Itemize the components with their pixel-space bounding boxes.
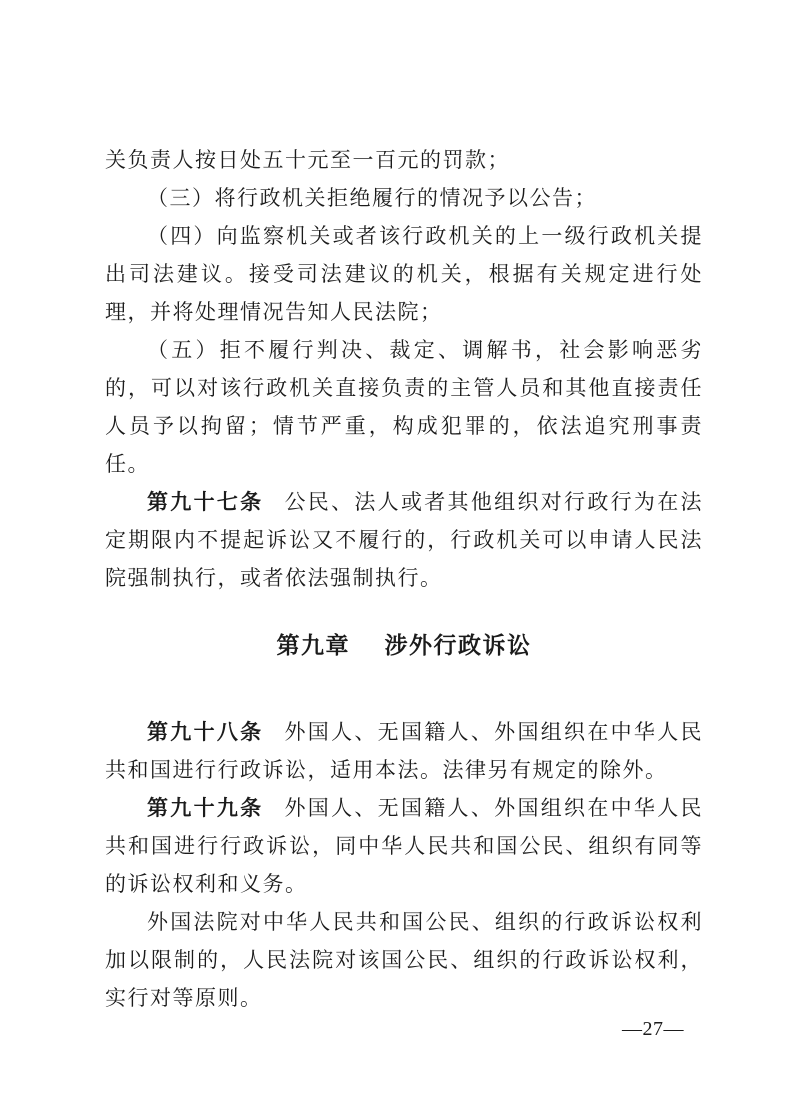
paragraph-item-4: （四）向监察机关或者该行政机关的上一级行政机关提出司法建议。接受司法建议的机关，… xyxy=(105,217,703,331)
article-98-label: 第九十八条 xyxy=(147,720,263,744)
article-99-label: 第九十九条 xyxy=(147,796,263,820)
paragraph-article-98: 第九十八条外国人、无国籍人、外国组织在中华人民共和国进行行政诉讼，适用本法。法律… xyxy=(105,713,703,789)
paragraph-article-99: 第九十九条外国人、无国籍人、外国组织在中华人民共和国进行行政诉讼，同中华人民共和… xyxy=(105,789,703,903)
paragraph-item-3: （三）将行政机关拒绝履行的情况予以公告； xyxy=(105,179,703,217)
chapter-heading: 第九章涉外行政诉讼 xyxy=(105,627,703,665)
document-page: 关负责人按日处五十元至一百元的罚款； （三）将行政机关拒绝履行的情况予以公告； … xyxy=(0,0,790,1118)
paragraph-continuation: 关负责人按日处五十元至一百元的罚款； xyxy=(105,141,703,179)
paragraph-article-99-clause-2: 外国法院对中华人民共和国公民、组织的行政诉讼权利加以限制的，人民法院对该国公民、… xyxy=(105,903,703,1017)
paragraph-item-5: （五）拒不履行判决、裁定、调解书，社会影响恶劣的，可以对该行政机关直接负责的主管… xyxy=(105,331,703,483)
paragraph-article-97: 第九十七条公民、法人或者其他组织对行政行为在法定期限内不提起诉讼又不履行的，行政… xyxy=(105,483,703,597)
article-97-label: 第九十七条 xyxy=(147,490,263,514)
chapter-number: 第九章 xyxy=(277,633,351,658)
document-body: 关负责人按日处五十元至一百元的罚款； （三）将行政机关拒绝履行的情况予以公告； … xyxy=(105,141,703,1017)
page-number: —27— xyxy=(622,1016,684,1042)
chapter-title: 涉外行政诉讼 xyxy=(385,633,532,658)
